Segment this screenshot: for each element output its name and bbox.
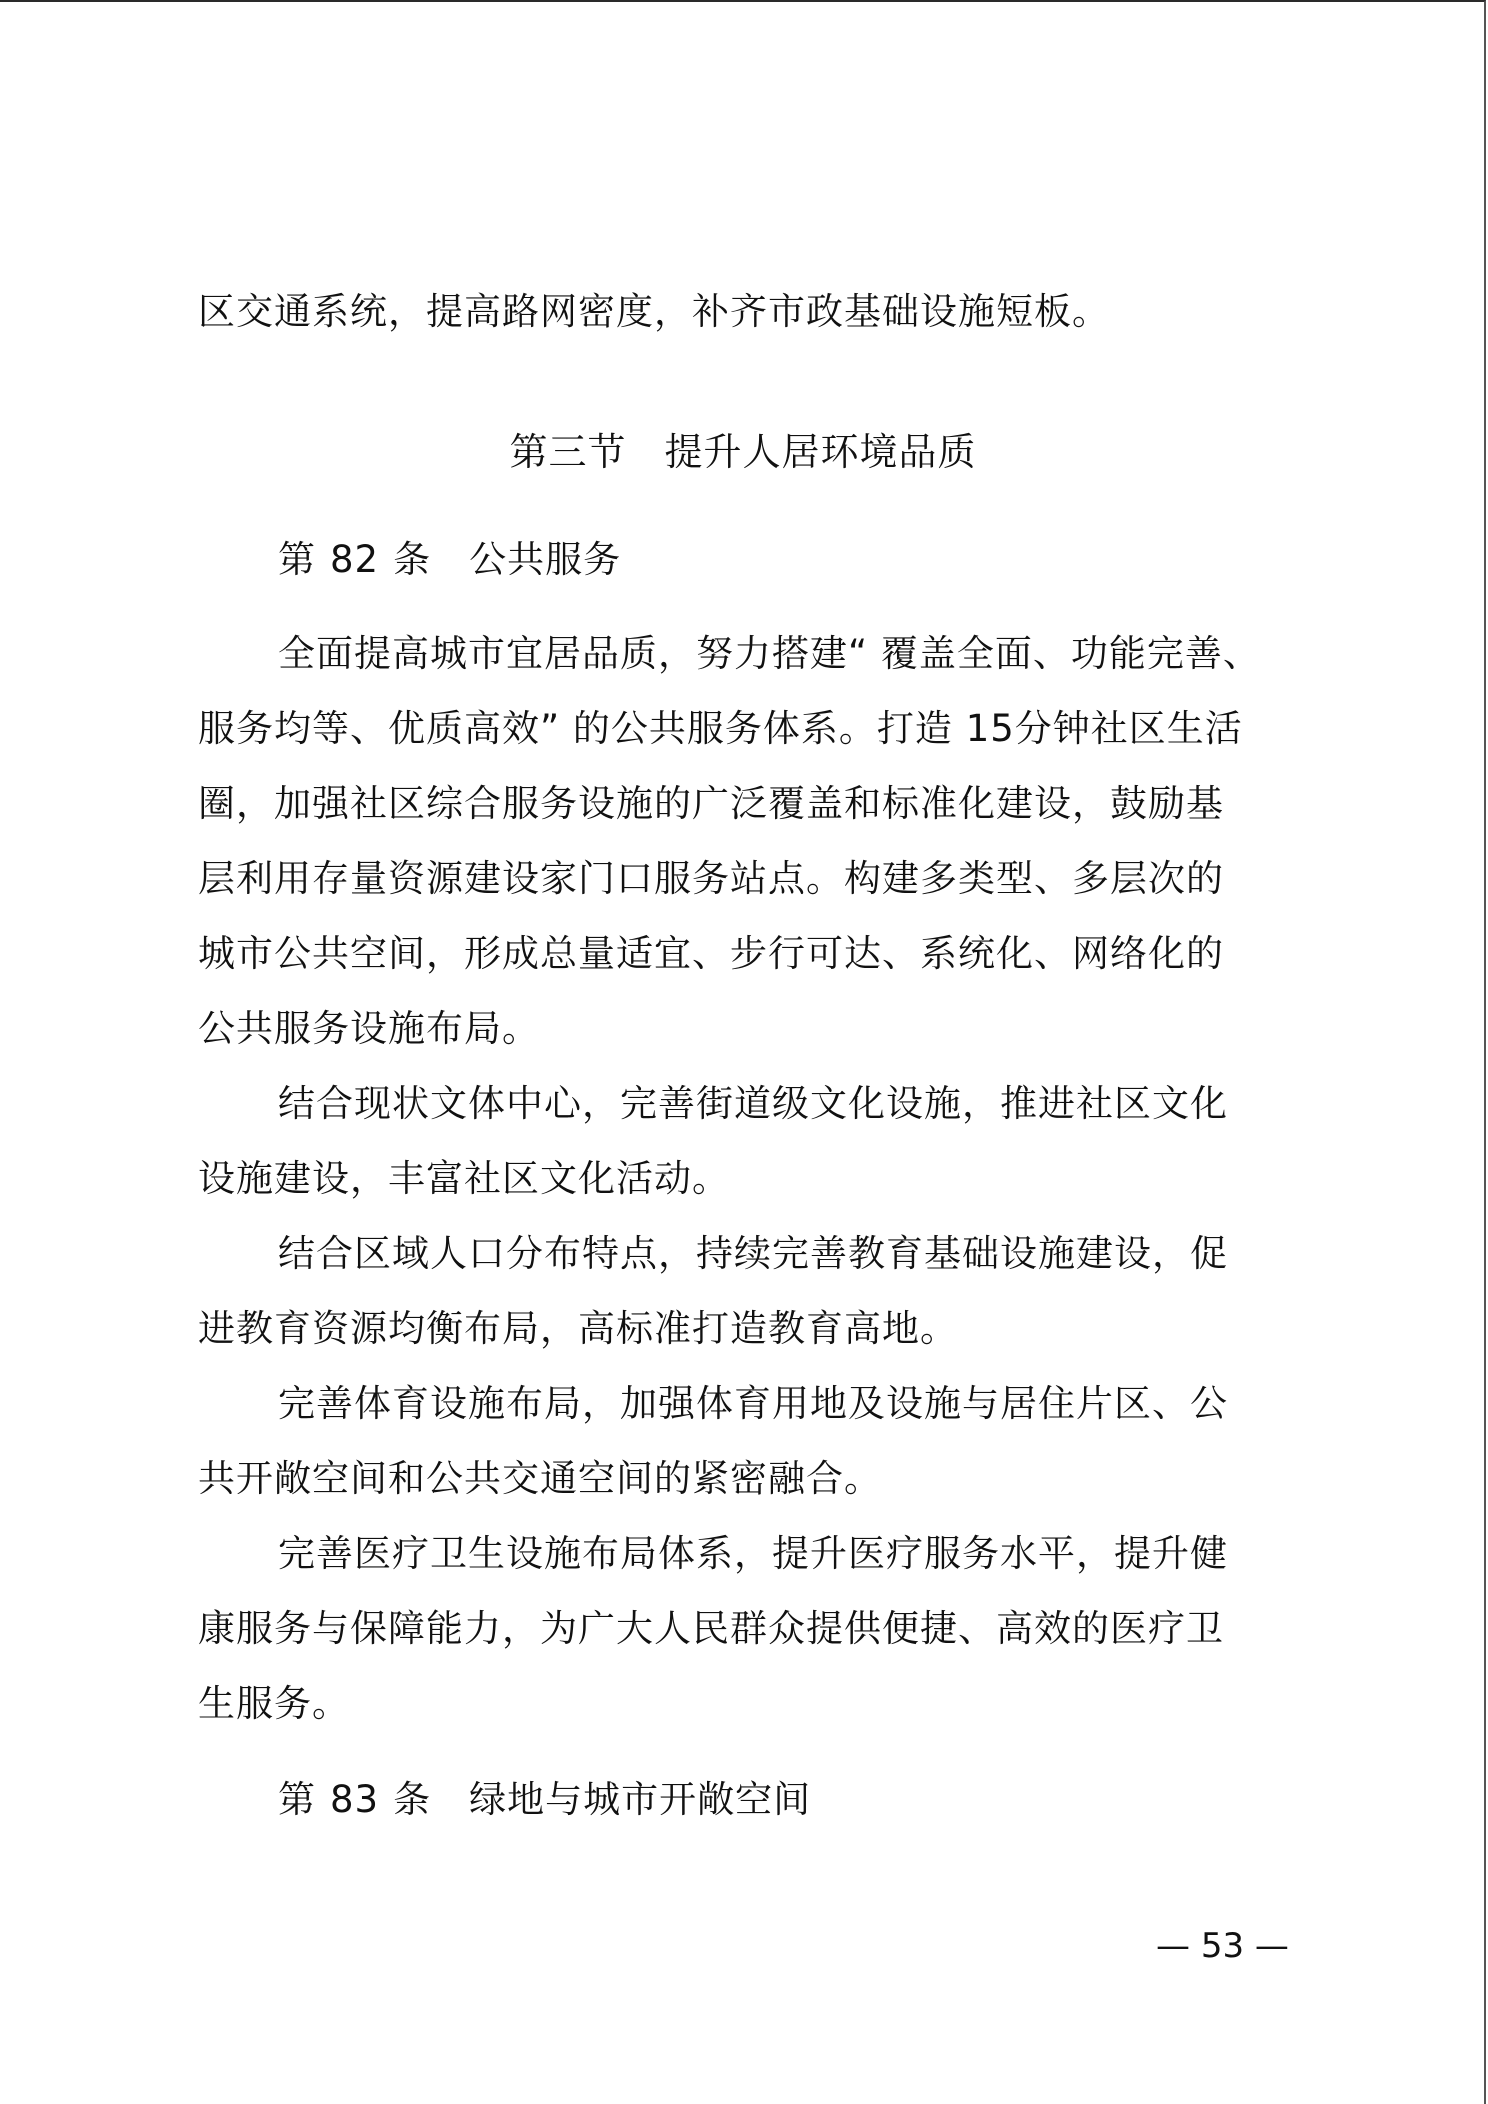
article-heading-83: 第83条绿地与城市开敞空间	[278, 1778, 1390, 1822]
article-number: 82	[330, 538, 379, 581]
section-heading: 第三节提升人居环境品质	[0, 430, 1486, 474]
paragraph-line: 全面提高城市宜居品质，努力搭建“ 覆盖全面、功能完善、	[278, 632, 1390, 676]
article-suffix: 条	[393, 538, 431, 581]
paragraph-line: 结合现状文体中心，完善街道级文化设施，推进社区文化	[278, 1082, 1390, 1126]
paragraph-line: 进教育资源均衡布局，高标准打造教育高地。	[198, 1307, 1310, 1351]
dash-right: —	[1255, 1926, 1289, 1966]
paragraph-line: 圈，加强社区综合服务设施的广泛覆盖和标准化建设，鼓励基	[198, 782, 1310, 826]
paragraph-line: 结合区域人口分布特点，持续完善教育基础设施建设，促	[278, 1232, 1390, 1276]
article-number: 83	[330, 1778, 379, 1821]
paragraph-line: 完善体育设施布局，加强体育用地及设施与居住片区、公	[278, 1382, 1390, 1426]
article-prefix: 第	[278, 1778, 316, 1821]
paragraph-line: 康服务与保障能力，为广大人民群众提供便捷、高效的医疗卫	[198, 1607, 1310, 1651]
article-title: 绿地与城市开敞空间	[469, 1778, 811, 1821]
paragraph-line: 层利用存量资源建设家门口服务站点。构建多类型、多层次的	[198, 857, 1310, 901]
section-title: 提升人居环境品质	[665, 430, 977, 474]
document-page: 区交通系统，提高路网密度，补齐市政基础设施短板。 第三节提升人居环境品质 第82…	[0, 0, 1486, 2104]
paragraph-line: 城市公共空间，形成总量适宜、步行可达、系统化、网络化的	[198, 932, 1310, 976]
article-suffix: 条	[393, 1778, 431, 1821]
dash-left: —	[1156, 1926, 1190, 1966]
page-number-footer: — 53 —	[1156, 1926, 1289, 1966]
paragraph-line: 服务均等、优质高效” 的公共服务体系。打造 15分钟社区生活	[198, 707, 1310, 751]
article-heading-82: 第82条公共服务	[278, 538, 1390, 582]
paragraph-line: 生服务。	[198, 1682, 1310, 1726]
continuation-text-line: 区交通系统，提高路网密度，补齐市政基础设施短板。	[198, 290, 1310, 334]
section-number: 第三节	[509, 430, 626, 474]
paragraph-line: 设施建设，丰富社区文化活动。	[198, 1157, 1310, 1201]
paragraph-line: 完善医疗卫生设施布局体系，提升医疗服务水平，提升健	[278, 1532, 1390, 1576]
article-prefix: 第	[278, 538, 316, 581]
paragraph-line: 公共服务设施布局。	[198, 1007, 1310, 1051]
article-title: 公共服务	[469, 538, 621, 581]
paragraph-line: 共开敞空间和公共交通空间的紧密融合。	[198, 1457, 1310, 1501]
page-number: 53	[1201, 1926, 1244, 1966]
